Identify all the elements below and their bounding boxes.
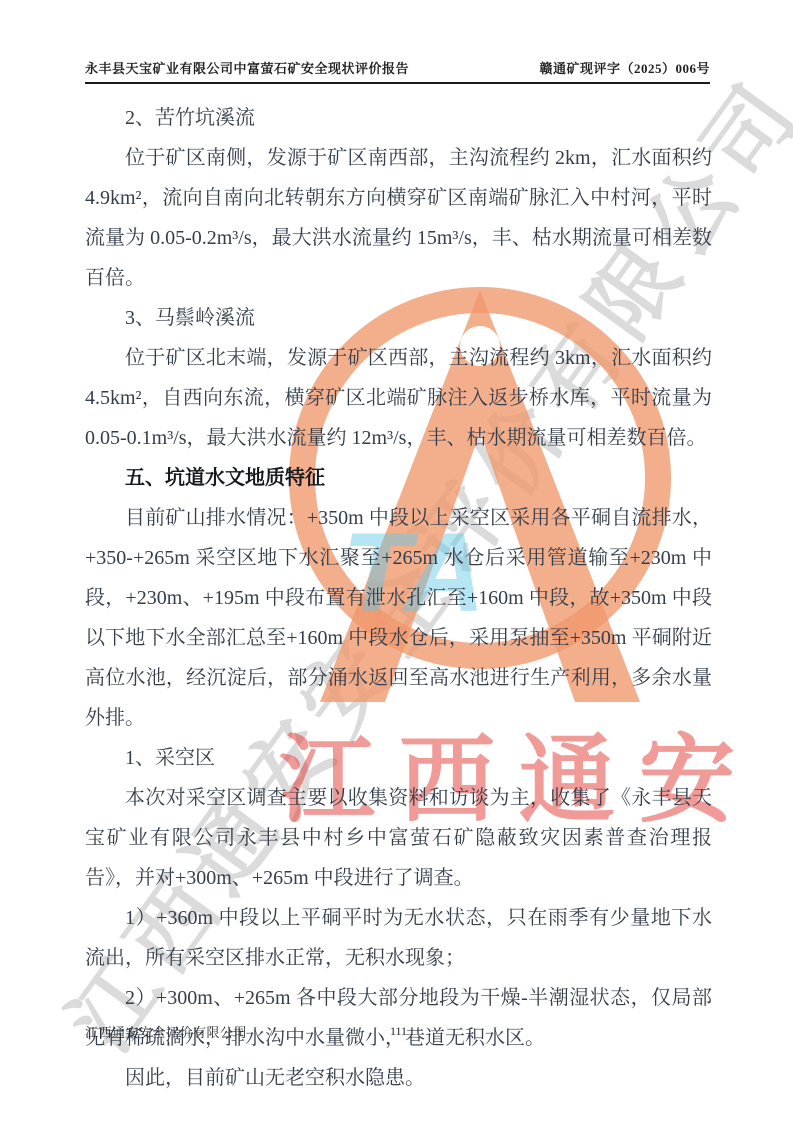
- page: 江西通安安全评价有限公司 TA 江西通安 永丰县天宝矿业有限公司中富萤石矿安全现…: [0, 0, 793, 1122]
- document-page: { "header": { "left": "永丰县天宝矿业有限公司中富萤石矿安…: [0, 0, 793, 1122]
- page-header: 永丰县天宝矿业有限公司中富萤石矿安全现状评价报告 赣通矿现评字（2025）006…: [85, 58, 710, 84]
- paragraph: 因此，目前矿山无老空积水隐患。: [85, 1058, 712, 1098]
- paragraph: 3、马鬃岭溪流: [85, 298, 712, 338]
- paragraph: 位于矿区南侧，发源于矿区南西部，主沟流程约 2km，汇水面积约4.9km²，流向…: [85, 138, 712, 298]
- paragraph: 1）+360m 中段以上平硐平时为无水状态，只在雨季有少量地下水流出，所有采空区…: [85, 898, 712, 978]
- section-heading: 五、坑道水文地质特征: [85, 458, 712, 498]
- paragraph: 本次对采空区调查主要以收集资料和访谈为主，收集了《永丰县天宝矿业有限公司永丰县中…: [85, 778, 712, 898]
- paragraph: 2、苦竹坑溪流: [85, 98, 712, 138]
- paragraph: 位于矿区北末端，发源于矿区西部，主沟流程约 3km，汇水面积约4.5km²，自西…: [85, 338, 712, 458]
- header-report-title: 永丰县天宝矿业有限公司中富萤石矿安全现状评价报告: [85, 58, 409, 77]
- paragraph: 目前矿山排水情况：+350m 中段以上采空区采用各平硐自流排水，+350-+26…: [85, 498, 712, 738]
- content-layer: 永丰县天宝矿业有限公司中富萤石矿安全现状评价报告 赣通矿现评字（2025）006…: [0, 0, 793, 1122]
- paragraph: 2）+300m、+265m 各中段大部分地段为干燥-半潮湿状态，仅局部见有稀疏滴…: [85, 978, 712, 1058]
- footer-page-number: 111: [85, 1024, 712, 1039]
- header-document-number: 赣通矿现评字（2025）006号: [539, 58, 710, 77]
- paragraph: 1、采空区: [85, 738, 712, 778]
- document-body: 2、苦竹坑溪流 位于矿区南侧，发源于矿区南西部，主沟流程约 2km，汇水面积约4…: [85, 98, 712, 1098]
